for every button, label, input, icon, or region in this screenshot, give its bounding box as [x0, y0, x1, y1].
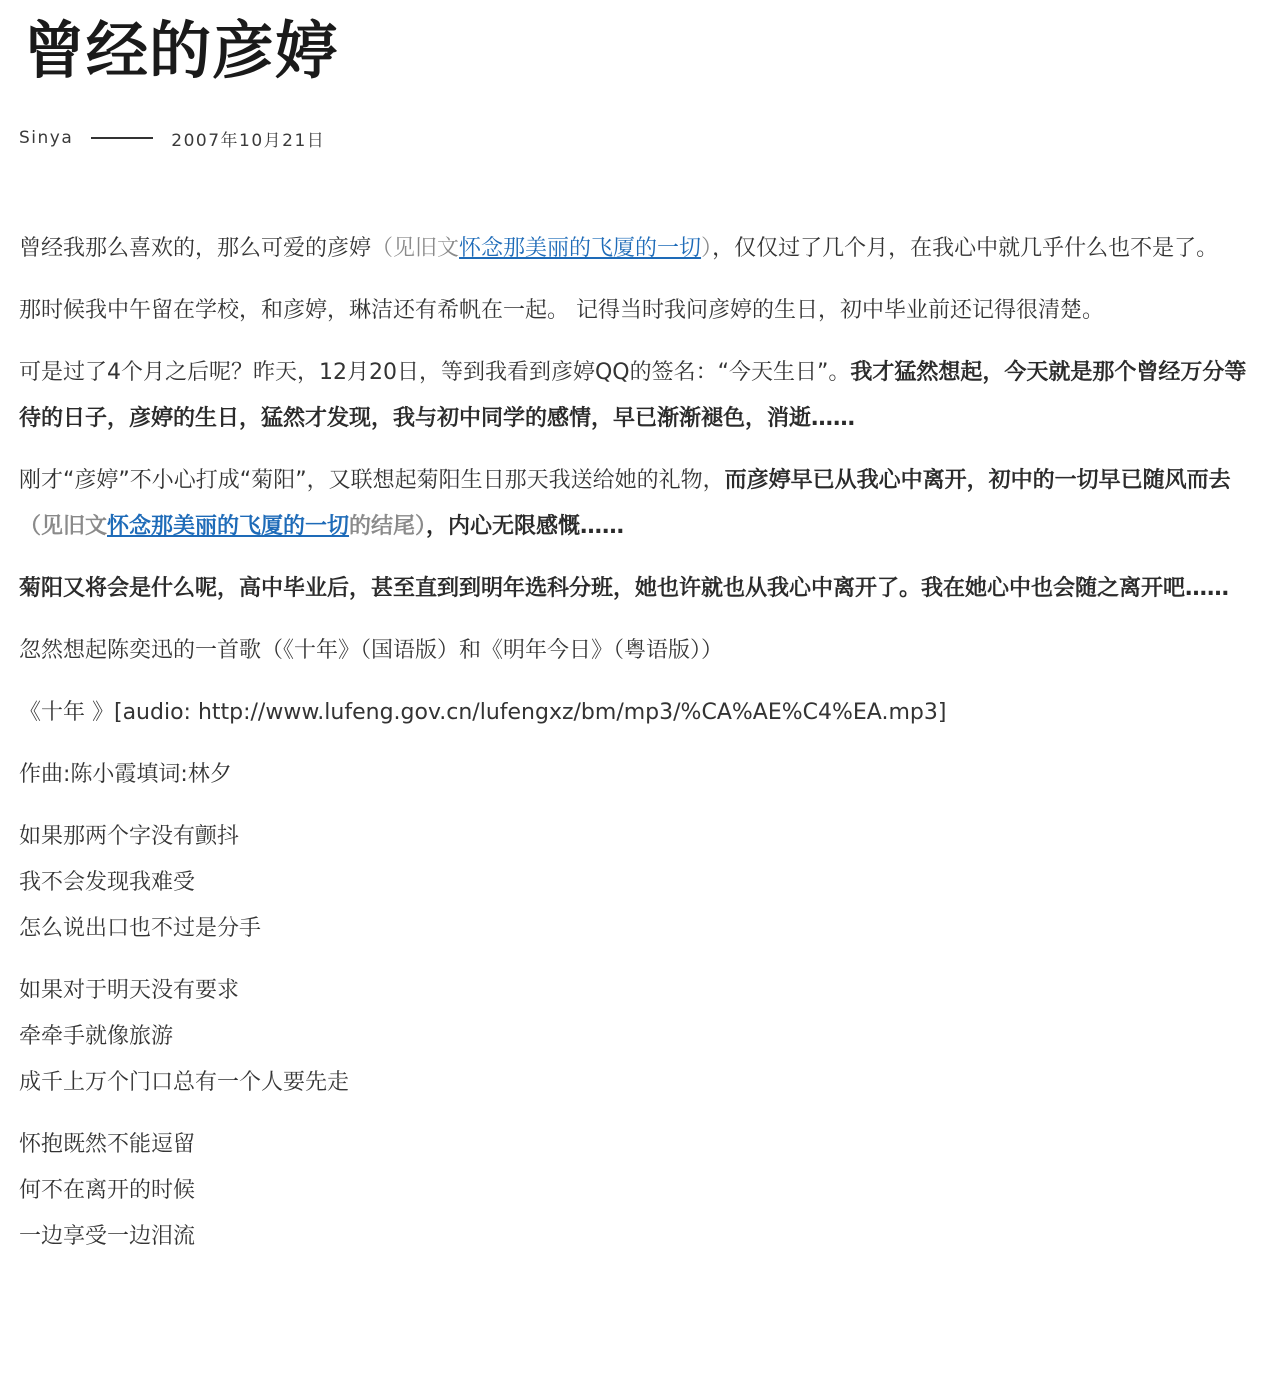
paragraph-3: 可是过了4个月之后呢？昨天，12月20日，等到我看到彦婷QQ的签名：“今天生日”…	[19, 350, 1266, 442]
audio-shortcode: 《十年 》[audio: http://www.lufeng.gov.cn/lu…	[19, 690, 1266, 736]
lyric-line: 怎么说出口也不过是分手	[19, 906, 1266, 952]
paragraph-1: 曾经我那么喜欢的，那么可爱的彦婷（见旧文怀念那美丽的飞厦的一切），仅仅过了几个月…	[19, 226, 1266, 272]
lyric-line: 如果那两个字没有颤抖	[19, 814, 1266, 860]
post-author[interactable]: Sinya	[19, 128, 73, 148]
old-article-link-2[interactable]: 怀念那美丽的飞厦的一切	[107, 514, 349, 539]
lyric-stanza-2: 如果对于明天没有要求 牵牵手就像旅游 成千上万个门口总有一个人要先走	[19, 968, 1266, 1106]
lyric-line: 何不在离开的时候	[19, 1168, 1266, 1214]
aside-text: （见旧文	[371, 236, 459, 261]
emphasis-text: ，内心无限感慨……	[426, 514, 624, 539]
paragraph-4: 刚才“彦婷”不小心打成“菊阳”，又联想起菊阳生日那天我送给她的礼物，而彦婷早已从…	[19, 458, 1266, 550]
paragraph-2: 那时候我中午留在学校，和彦婷，琳洁还有希帆在一起。 记得当时我问彦婷的生日，初中…	[19, 288, 1266, 334]
aside-text: 的结尾）	[349, 514, 426, 539]
aside-text: （见旧文	[19, 514, 107, 539]
lyric-line: 如果对于明天没有要求	[19, 968, 1266, 1014]
lyric-stanza-3: 怀抱既然不能逗留 何不在离开的时候 一边享受一边泪流	[19, 1122, 1266, 1260]
song-credits: 作曲:陈小霞填词:林夕	[19, 752, 1266, 798]
paragraph-text: 可是过了4个月之后呢？昨天，12月20日，等到我看到彦婷QQ的签名：“今天生日”…	[19, 360, 850, 385]
lyric-line: 我不会发现我难受	[19, 860, 1266, 906]
lyric-line: 怀抱既然不能逗留	[19, 1122, 1266, 1168]
lyric-line: 成千上万个门口总有一个人要先走	[19, 1060, 1266, 1106]
meta-divider	[91, 137, 153, 139]
lyric-stanza-1: 如果那两个字没有颤抖 我不会发现我难受 怎么说出口也不过是分手	[19, 814, 1266, 952]
emphasis-text: 而彦婷早已从我心中离开，初中的一切早已随风而去	[725, 468, 1231, 493]
paragraph-text: 曾经我那么喜欢的，那么可爱的彦婷	[19, 236, 371, 261]
post-content: 曾经我那么喜欢的，那么可爱的彦婷（见旧文怀念那美丽的飞厦的一切），仅仅过了几个月…	[19, 226, 1266, 1260]
post-date: 2007年10月21日	[171, 126, 325, 151]
paragraph-6: 忽然想起陈奕迅的一首歌（《十年》（国语版）和《明年今日》（粤语版））	[19, 628, 1266, 674]
post-title: 曾经的彦婷	[19, 0, 1266, 90]
paragraph-text: 刚才“彦婷”不小心打成“菊阳”，又联想起菊阳生日那天我送给她的礼物，	[19, 468, 725, 493]
paragraph-text: ，仅仅过了几个月，在我心中就几乎什么也不是了。	[712, 236, 1218, 261]
paragraph-5: 菊阳又将会是什么呢，高中毕业后，甚至直到到明年选科分班，她也许就也从我心中离开了…	[19, 566, 1266, 612]
old-article-link[interactable]: 怀念那美丽的飞厦的一切	[459, 236, 701, 261]
emphasis-text: 菊阳又将会是什么呢，高中毕业后，甚至直到到明年选科分班，她也许就也从我心中离开了…	[19, 576, 1229, 601]
aside-text: ）	[701, 236, 712, 261]
post-meta: Sinya 2007年10月21日	[19, 126, 1266, 150]
lyric-line: 牵牵手就像旅游	[19, 1014, 1266, 1060]
lyric-line: 一边享受一边泪流	[19, 1214, 1266, 1260]
article: 曾经的彦婷 Sinya 2007年10月21日 曾经我那么喜欢的，那么可爱的彦婷…	[0, 0, 1286, 1260]
